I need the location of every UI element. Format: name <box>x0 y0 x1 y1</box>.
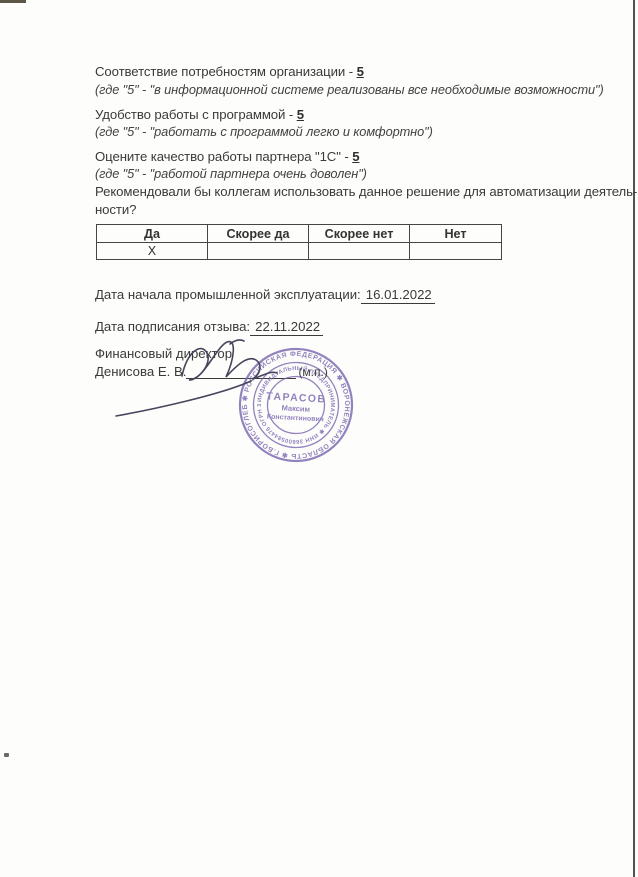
table-header-no: Нет <box>410 225 502 243</box>
table-cell-no <box>410 243 502 260</box>
rating-note-1: (где "5" - "в информационной системе реа… <box>95 82 604 97</box>
rating-question-3-text: Оцените качество работы партнера "1С" - <box>95 149 352 164</box>
table-cell-rather-no <box>309 243 410 260</box>
signature-strokes <box>116 340 277 416</box>
rating-score-2: 5 <box>297 107 304 122</box>
table-header-rather-no: Скорее нет <box>309 225 410 243</box>
scanned-document-page: Соответствие потребностям организации - … <box>0 0 638 877</box>
rating-score-3: 5 <box>352 149 359 164</box>
rating-score-1: 5 <box>357 64 364 79</box>
rating-question-1: Соответствие потребностям организации - … <box>95 64 364 79</box>
start-date-line: Дата начала промышленной эксплуатации:16… <box>95 287 435 302</box>
table-header-yes: Да <box>97 225 208 243</box>
rating-question-3: Оцените качество работы партнера "1С" - … <box>95 149 359 164</box>
table-header-rather-yes: Скорее да <box>208 225 309 243</box>
recommend-table: Да Скорее да Скорее нет Нет Х <box>96 224 502 260</box>
handwritten-signature <box>88 332 318 427</box>
rating-note-3: (где "5" - "работой партнера очень довол… <box>95 166 367 181</box>
table-cell-yes-marked: Х <box>97 243 208 260</box>
recommend-table-answer-row: Х <box>97 243 502 260</box>
rating-question-2-text: Удобство работы с программой - <box>95 107 297 122</box>
rating-question-1-text: Соответствие потребностям организации - <box>95 64 357 79</box>
start-date-value: 16.01.2022 <box>361 287 435 304</box>
scan-artifact-top-left <box>0 0 26 3</box>
start-date-label: Дата начала промышленной эксплуатации: <box>95 287 361 302</box>
scan-artifact-speck <box>4 753 9 757</box>
rating-note-2: (где "5" - "работать с программой легко … <box>95 124 433 139</box>
recommend-question-line1: Рекомендовали бы коллегам использовать д… <box>95 184 637 199</box>
table-cell-rather-yes <box>208 243 309 260</box>
recommend-question-line2: ности? <box>95 202 136 217</box>
recommend-table-header-row: Да Скорее да Скорее нет Нет <box>97 225 502 243</box>
scan-artifact-right-edge <box>633 0 635 877</box>
rating-question-2: Удобство работы с программой - 5 <box>95 107 304 122</box>
